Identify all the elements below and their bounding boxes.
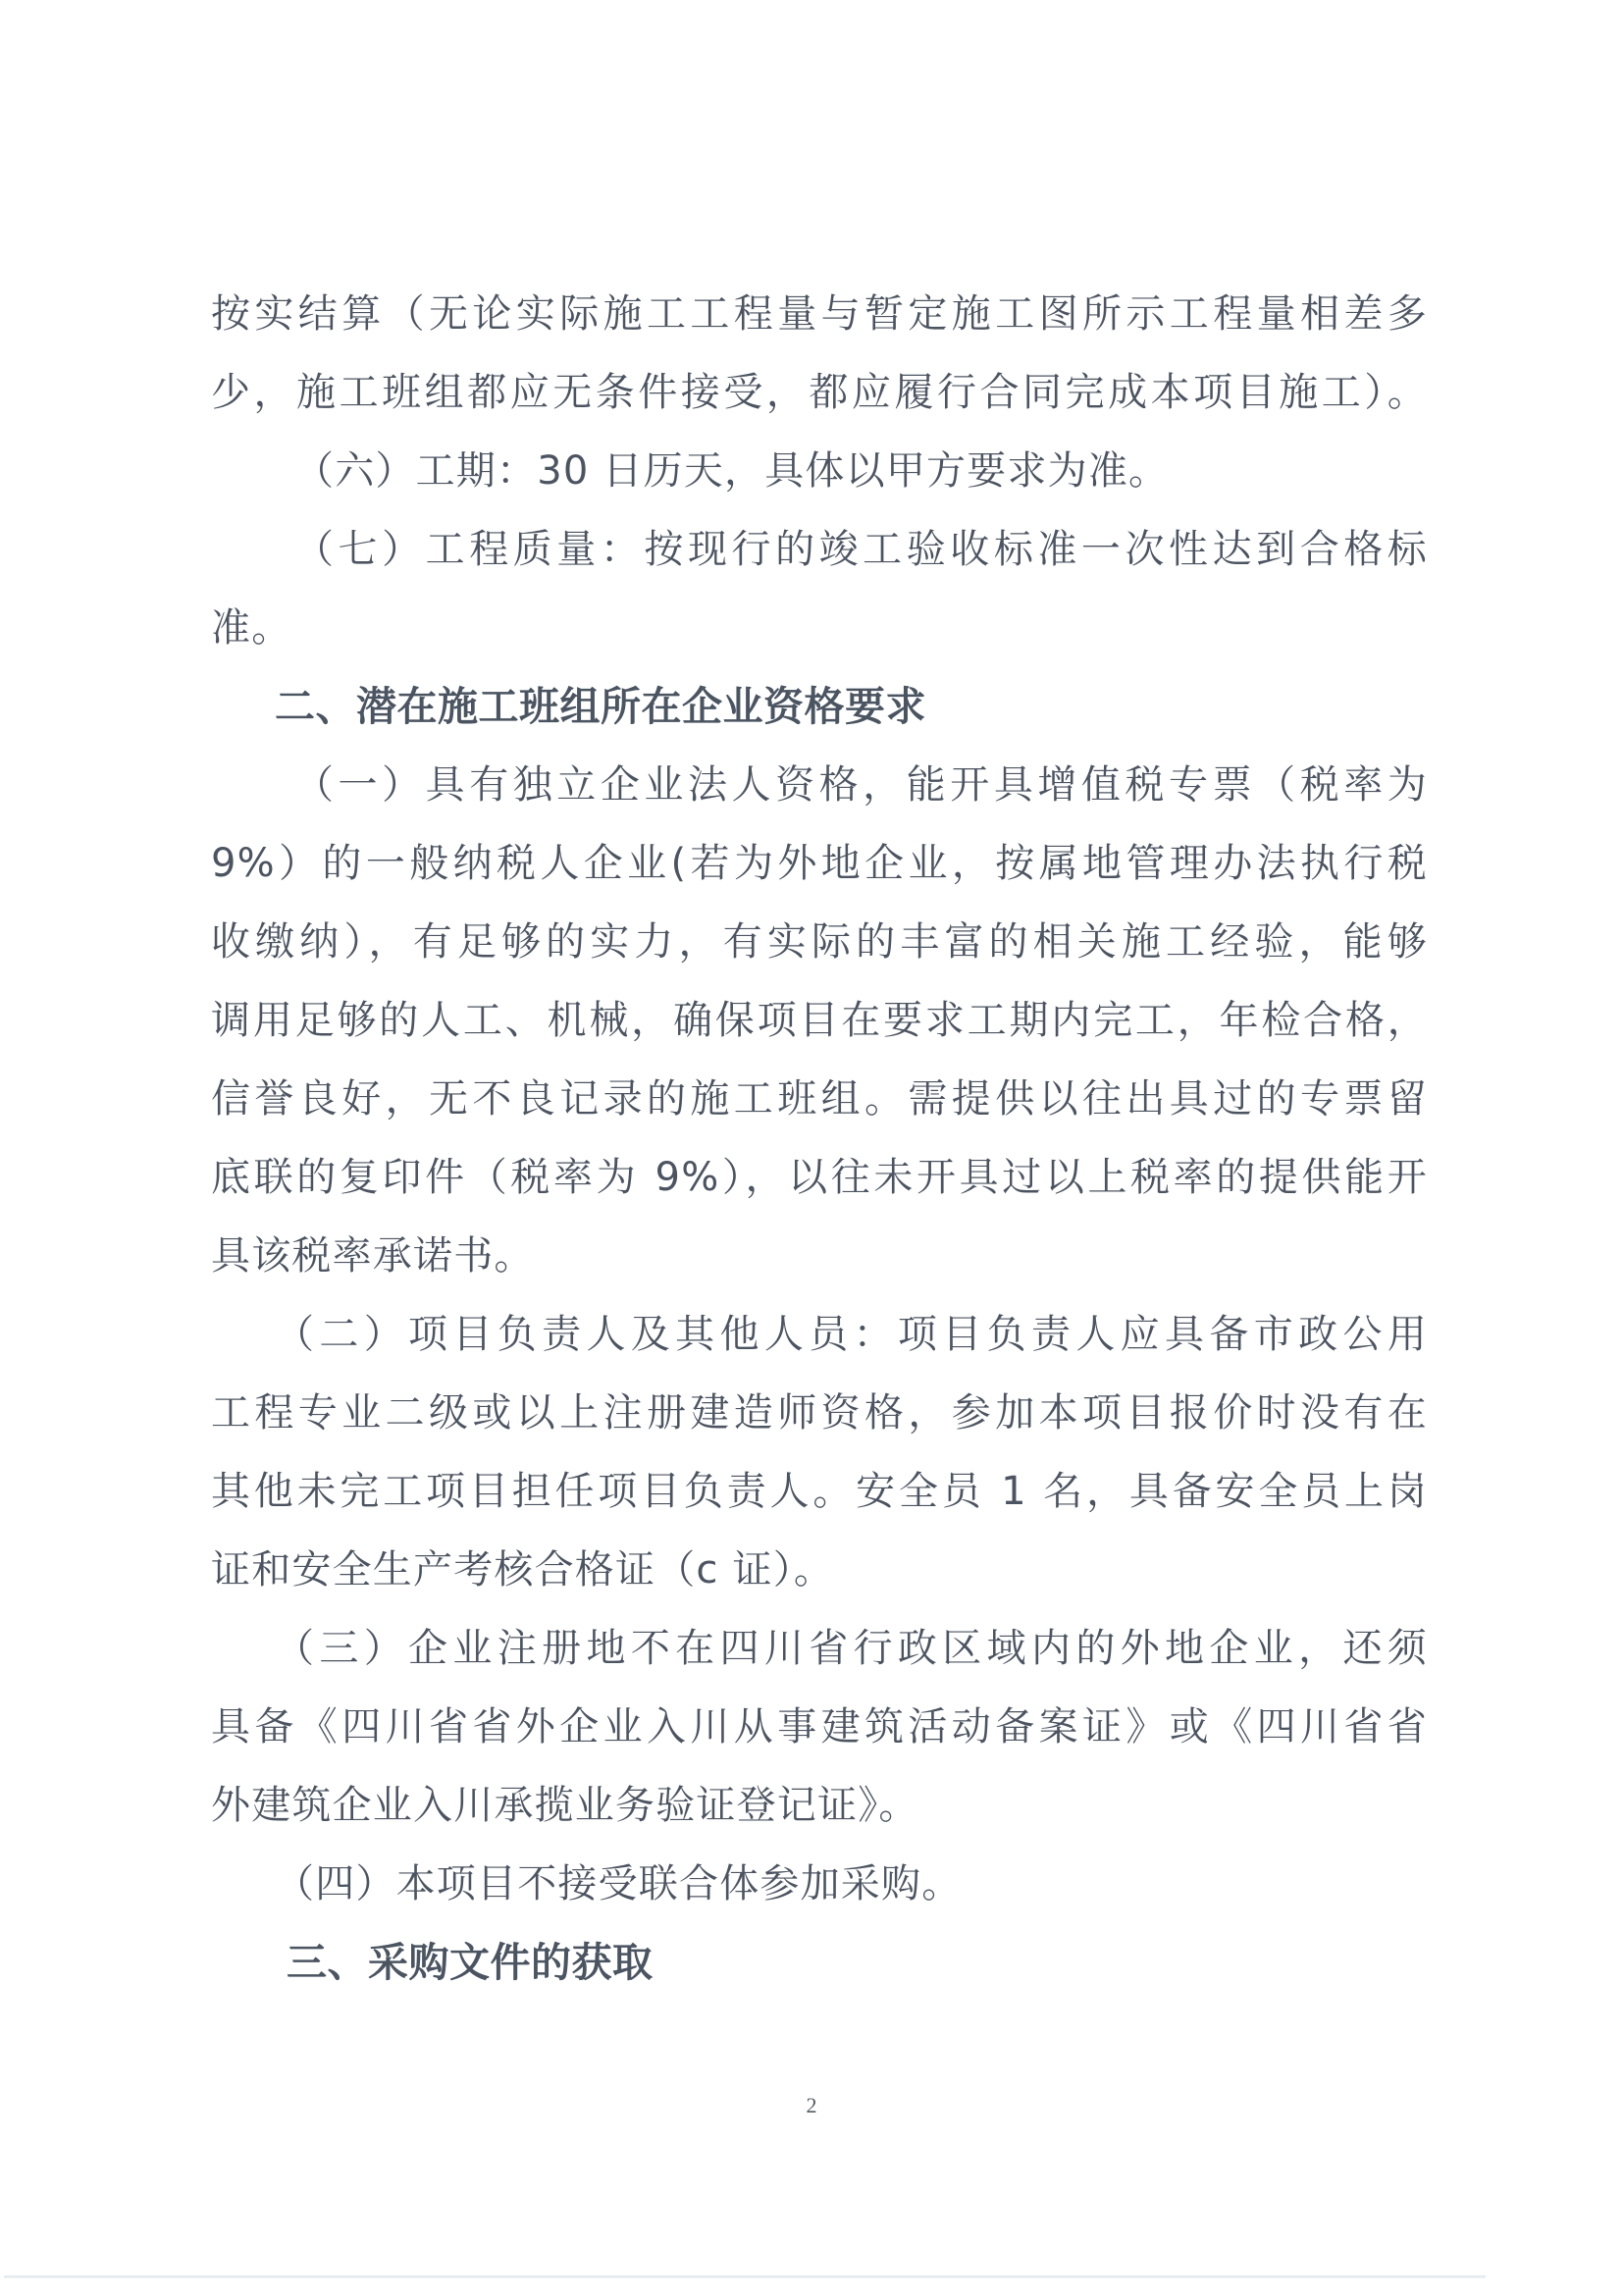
- body-line: 信誉良好，无不良记录的施工班组。需提供以往出具过的专票留: [211, 1075, 1428, 1122]
- body-line: 其他未完工项目担任项目负责人。安全员 1 名，具备安全员上岗: [211, 1468, 1428, 1515]
- page-number: 2: [0, 2093, 1623, 2118]
- clause-2-personnel: （二）项目负责人及其他人员：项目负责人应具备市政公用: [275, 1311, 1428, 1358]
- body-line: 具该税率承诺书。: [211, 1232, 1428, 1279]
- body-line: 工程专业二级或以上注册建造师资格，参加本项目报价时没有在: [211, 1389, 1428, 1436]
- section-heading-3: 三、采购文件的获取: [287, 1939, 1503, 1986]
- section-heading-2: 二、潜在施工班组所在企业资格要求: [275, 683, 1492, 730]
- body-line: 调用足够的人工、机械，确保项目在要求工期内完工，年检合格，: [211, 997, 1428, 1044]
- body-line: 9%）的一般纳税人企业(若为外地企业，按属地管理办法执行税: [211, 840, 1428, 887]
- body-line: 收缴纳），有足够的实力，有实际的丰富的相关施工经验，能够: [211, 918, 1428, 965]
- body-line: 外建筑企业入川承揽业务验证登记证》。: [211, 1782, 1428, 1829]
- scan-edge-divider: [4, 2275, 1486, 2278]
- clause-7-quality: （七）工程质量：按现行的竣工验收标准一次性达到合格标: [294, 526, 1428, 573]
- clause-6-duration: （六）工期：30 日历天，具体以甲方要求为准。: [294, 447, 1428, 495]
- body-line: 准。: [211, 604, 1428, 652]
- body-line: 底联的复印件（税率为 9%），以往未开具过以上税率的提供能开: [211, 1154, 1428, 1201]
- document-page: 按实结算（无论实际施工工程量与暂定施工图所示工程量相差多 少，施工班组都应无条件…: [0, 0, 1623, 2296]
- body-line: 按实结算（无论实际施工工程量与暂定施工图所示工程量相差多: [211, 290, 1428, 338]
- clause-4-consortium: （四）本项目不接受联合体参加采购。: [275, 1860, 1492, 1907]
- clause-3-out-of-province: （三）企业注册地不在四川省行政区域内的外地企业，还须: [275, 1625, 1428, 1672]
- body-line: 具备《四川省省外企业入川从事建筑活动备案证》或《四川省省: [211, 1703, 1428, 1750]
- body-line: 少，施工班组都应无条件接受，都应履行合同完成本项目施工）。: [211, 369, 1428, 416]
- body-line: 证和安全生产考核合格证（c 证）。: [211, 1546, 1428, 1593]
- clause-1-qualification: （一）具有独立企业法人资格，能开具增值税专票（税率为: [294, 761, 1428, 809]
